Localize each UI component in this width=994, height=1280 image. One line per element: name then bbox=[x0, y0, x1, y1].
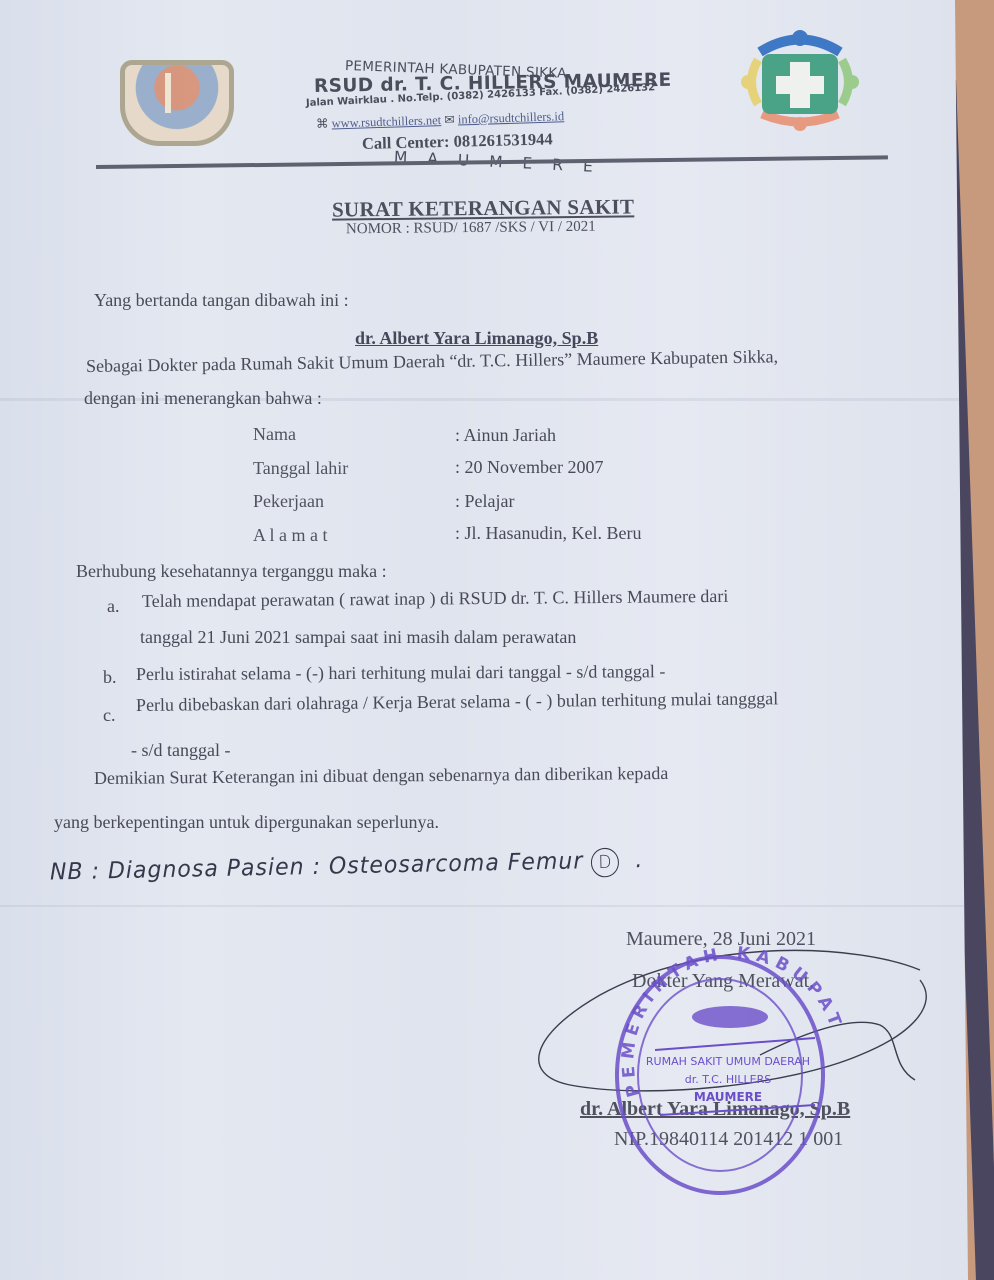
handwritten-diagnosis-note: NB : Diagnosa Pasien : Osteosarcoma Femu… bbox=[50, 847, 644, 889]
field-value-name: : Ainun Jariah bbox=[455, 425, 556, 446]
field-value-address: : Jl. Hasanudin, Kel. Beru bbox=[455, 523, 641, 544]
field-label-address: A l a m a t bbox=[253, 525, 328, 546]
official-stamp: PEMERINTAH KABUPATEN SIKKA RUMAH SAKIT U… bbox=[530, 925, 950, 1205]
field-label-occupation: Pekerjaan bbox=[253, 491, 324, 512]
mail-icon: ✉ bbox=[444, 113, 455, 127]
item-c-line-1: Perlu dibebaskan dari olahraga / Kerja B… bbox=[136, 688, 778, 716]
item-b-line-1: Perlu istirahat selama - (-) hari terhit… bbox=[136, 661, 665, 685]
handwritten-note-text: NB : Diagnosa Pasien : Osteosarcoma Femu… bbox=[50, 848, 584, 885]
stamp-outer-text: PEMERINTAH KABUPATEN SIKKA bbox=[530, 925, 847, 1099]
globe-icon: ⌘ bbox=[316, 117, 329, 131]
item-a-line-1: Telah mendapat perawatan ( rawat inap ) … bbox=[142, 586, 729, 612]
item-a-marker: a. bbox=[107, 596, 120, 617]
handwritten-circled-mark: D bbox=[591, 848, 620, 878]
closing-line-2: yang berkepentingan untuk dipergunakan s… bbox=[54, 812, 439, 833]
kabupaten-sikka-crest-icon bbox=[120, 60, 234, 146]
stamp-inner-line-2: dr. T.C. HILLERS bbox=[685, 1073, 771, 1086]
handwritten-signature bbox=[530, 925, 950, 1205]
item-c-line-2: - s/d tanggal - bbox=[131, 740, 230, 761]
signature-name: dr. Albert Yara Limanago, Sp.B bbox=[580, 1098, 850, 1121]
signature-place-date: Maumere, 28 Juni 2021 bbox=[626, 928, 816, 951]
stamp-inner-line-1: RUMAH SAKIT UMUM DAERAH bbox=[646, 1055, 810, 1068]
svg-text:PEMERINTAH KABUPATEN SIKKA: PEMERINTAH KABUPATEN SIKKA bbox=[530, 925, 847, 1099]
doctor-name: dr. Albert Yara Limanago, Sp.B bbox=[355, 328, 598, 349]
letterhead-contacts: ⌘ www.rsudtchillers.net ✉ info@rsudtchil… bbox=[316, 108, 565, 132]
reason-intro: Berhubung kesehatannya terganggu maka : bbox=[76, 561, 387, 582]
field-value-birthdate: : 20 November 2007 bbox=[455, 457, 603, 478]
role-line-2: dengan ini menerangkan bahwa : bbox=[84, 388, 322, 409]
signature-nip: NIP.19840114 201412 1 001 bbox=[614, 1128, 843, 1151]
document-page: PEMERINTAH KABUPATEN SIKKA RSUD dr. T. C… bbox=[0, 0, 968, 1280]
item-b-marker: b. bbox=[103, 667, 117, 688]
email-link[interactable]: info@rsudtchillers.id bbox=[458, 109, 565, 126]
paper-fold bbox=[0, 905, 968, 907]
role-line-1: Sebagai Dokter pada Rumah Sakit Umum Dae… bbox=[86, 346, 778, 377]
item-c-marker: c. bbox=[103, 705, 116, 726]
hospital-cross-logo-icon bbox=[740, 22, 860, 132]
field-value-occupation: : Pelajar bbox=[455, 491, 514, 512]
opening-line: Yang bertanda tangan dibawah ini : bbox=[94, 290, 349, 311]
item-a-line-2: tanggal 21 Juni 2021 sampai saat ini mas… bbox=[140, 627, 576, 648]
field-label-birthdate: Tanggal lahir bbox=[253, 458, 348, 479]
signature-role: Dokter Yang Merawat, bbox=[632, 970, 814, 993]
closing-line-1: Demikian Surat Keterangan ini dibuat den… bbox=[94, 763, 668, 789]
website-link[interactable]: www.rsudtchillers.net bbox=[331, 113, 441, 130]
field-label-name: Nama bbox=[253, 424, 296, 445]
document-number: NOMOR : RSUD/ 1687 /SKS / VI / 2021 bbox=[346, 219, 596, 239]
